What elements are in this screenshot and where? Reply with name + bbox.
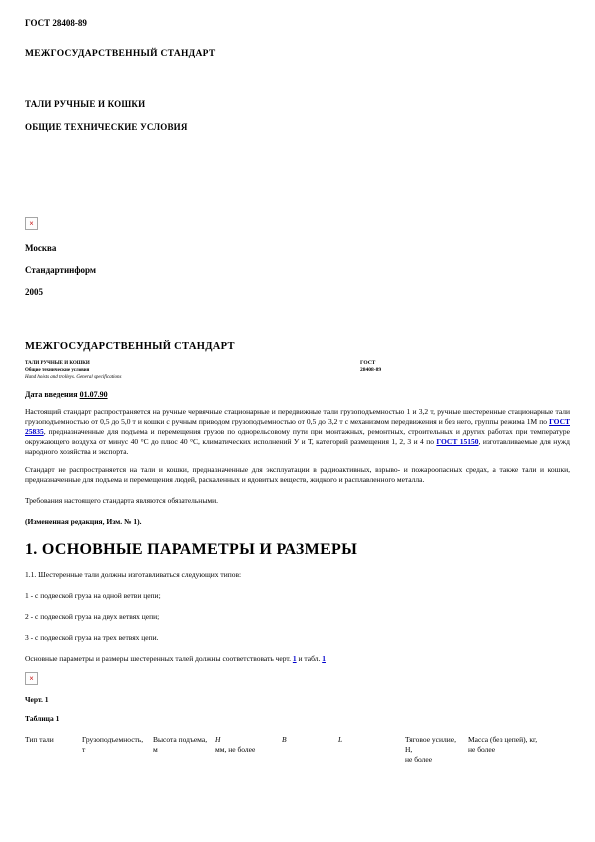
- gost-label: ГОСТ: [360, 360, 381, 367]
- col-B: B: [282, 735, 338, 765]
- title-block-left: ТАЛИ РУЧНЫЕ И КОШКИ Общие технические ус…: [25, 360, 360, 381]
- clause-1-1: 1.1. Шестеренные тали должны изготавлива…: [25, 570, 570, 580]
- title-block: ТАЛИ РУЧНЫЕ И КОШКИ Общие технические ус…: [25, 360, 570, 381]
- scope-paragraph: Настоящий стандарт распространяется на р…: [25, 407, 570, 457]
- col-type: Тип тали: [25, 735, 82, 765]
- gost-15150-link[interactable]: ГОСТ 15150: [436, 437, 478, 446]
- type-1-item: 1 - с подвеской груза на одной ветви цеп…: [25, 591, 570, 601]
- doc-title: ТАЛИ РУЧНЫЕ И КОШКИ: [25, 99, 570, 109]
- section-1-heading: 1. ОСНОВНЫЕ ПАРАМЕТРЫ И РАЗМЕРЫ: [25, 541, 570, 559]
- publisher-city: Москва: [25, 243, 570, 253]
- doc-number: ГОСТ 28408-89: [25, 18, 570, 28]
- title-en: Hand hoists and trolleys. General specif…: [25, 374, 360, 381]
- col-lift-height: Высота подъема, м: [153, 735, 215, 765]
- scope-text-1: Настоящий стандарт распространяется на р…: [25, 407, 570, 426]
- broken-image-x-glyph: ×: [29, 675, 34, 683]
- standard-type-heading: МЕЖГОСУДАРСТВЕННЫЙ СТАНДАРТ: [25, 49, 570, 59]
- col-H: H мм, не более: [215, 735, 282, 765]
- params-reference-paragraph: Основные параметры и размеры шестеренных…: [25, 654, 570, 664]
- col-pull-force: Тяговое усилие, Н, не более: [405, 735, 468, 765]
- params-text-2: и табл.: [297, 654, 323, 663]
- revision-note: (Измененная редакция, Изм. № 1).: [25, 517, 570, 527]
- table-1-header-row: Тип тали Грузоподъемность, т Высота подъ…: [25, 735, 570, 765]
- figure-caption: Черт. 1: [25, 695, 570, 704]
- col-mass: Масса (без цепей), кг, не более: [468, 735, 570, 765]
- gost-number: 28408-89: [360, 367, 381, 374]
- type-3-item: 3 - с подвеской груза на трех ветвях цеп…: [25, 633, 570, 643]
- mandatory-note: Требования настоящего стандарта являются…: [25, 496, 570, 506]
- broken-image-x-glyph: ×: [29, 220, 34, 228]
- params-text-1: Основные параметры и размеры шестеренных…: [25, 654, 293, 663]
- exclusions-paragraph: Стандарт не распространяется на тали и к…: [25, 465, 570, 485]
- col-L: L: [338, 735, 405, 765]
- col-capacity: Грузоподъемность, т: [82, 735, 153, 765]
- table-caption: Таблица 1: [25, 714, 570, 723]
- publisher-name: Стандартинформ: [25, 265, 570, 275]
- effective-date-line: Дата введения 01.07.90: [25, 390, 570, 399]
- doc-subtitle: ОБЩИЕ ТЕХНИЧЕСКИЕ УСЛОВИЯ: [25, 122, 570, 132]
- type-2-item: 2 - с подвеской груза на двух ветвях цеп…: [25, 612, 570, 622]
- effective-date-label: Дата введения: [25, 390, 78, 399]
- effective-date-link[interactable]: 01.07.90: [80, 390, 108, 399]
- table-1-link[interactable]: 1: [322, 654, 326, 663]
- broken-image-icon: ×: [25, 672, 38, 685]
- broken-image-icon: ×: [25, 217, 38, 230]
- publish-year: 2005: [25, 287, 570, 297]
- title-block-right: ГОСТ 28408-89: [360, 360, 381, 381]
- document-page: ГОСТ 28408-89 МЕЖГОСУДАРСТВЕННЫЙ СТАНДАР…: [0, 0, 595, 842]
- standard-type-heading-2: МЕЖГОСУДАРСТВЕННЫЙ СТАНДАРТ: [25, 341, 570, 352]
- subtitle-ru: Общие технические условия: [25, 367, 360, 374]
- title-ru: ТАЛИ РУЧНЫЕ И КОШКИ: [25, 360, 360, 367]
